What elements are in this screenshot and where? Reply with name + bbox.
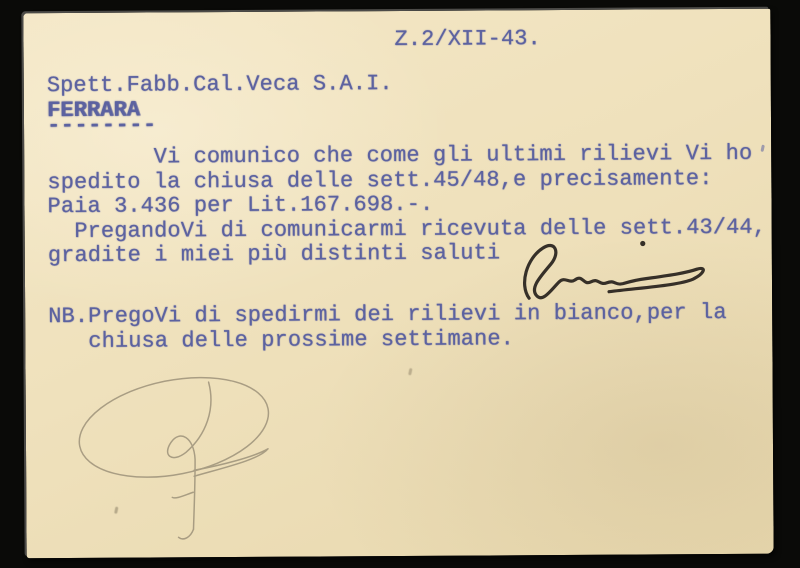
body-line: spedito la chiusa delle sett.45/48,e pre… [47, 166, 765, 195]
date-line: Z.2/XII-43. [394, 27, 540, 52]
nb-note: NB.PregoVi di spedirmi dei rilievi in bi… [48, 301, 727, 354]
recipient-line: Spett.Fabb.Cal.Veca S.A.I. [47, 72, 393, 99]
nb-line: NB.PregoVi di spedirmi dei rilievi in bi… [48, 301, 727, 330]
scan-background: Z.2/XII-43. Spett.Fabb.Cal.Veca S.A.I. F… [0, 0, 800, 568]
handwritten-signature-icon [513, 239, 713, 305]
nb-line: chiusa delle prossime settimane. [48, 325, 727, 354]
city-underline-dashes: -------- [47, 113, 157, 138]
postcard: Z.2/XII-43. Spett.Fabb.Cal.Veca S.A.I. F… [23, 9, 773, 559]
pencil-monogram-icon [53, 357, 304, 549]
